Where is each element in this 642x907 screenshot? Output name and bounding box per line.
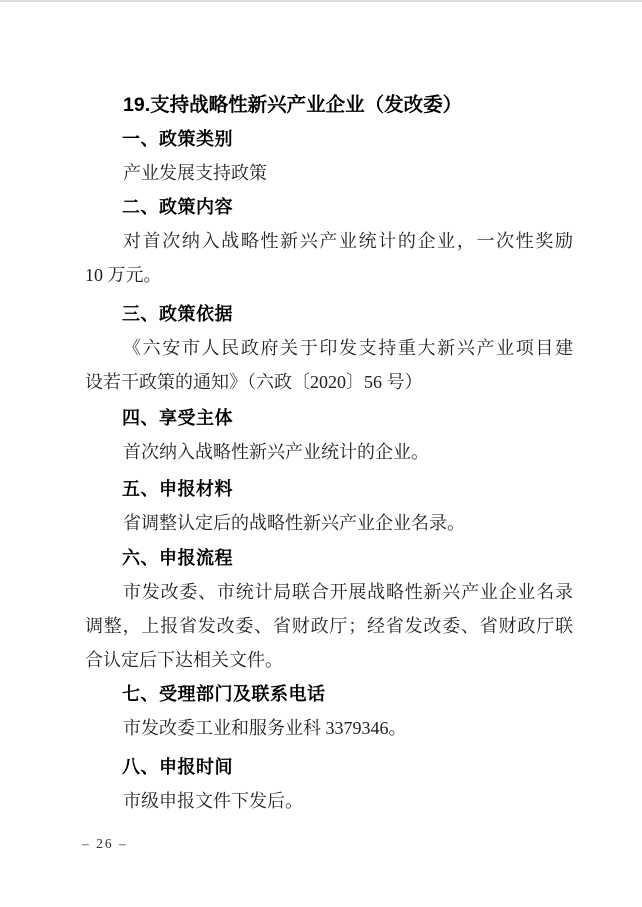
heading-policy-category: 一、政策类别 [85, 122, 573, 156]
body-line-application-time: 市级申报文件下发后。 [85, 784, 573, 818]
body-line-policy-content-2: 10 万元。 [85, 258, 573, 292]
heading-application-process: 六、申报流程 [85, 541, 573, 575]
body-line-beneficiary: 首次纳入战略性新兴产业统计的企业。 [85, 435, 573, 469]
document-title: 19.支持战略性新兴产业企业（发改委） [85, 88, 573, 122]
body-line-policy-content-1: 对首次纳入战略性新兴产业统计的企业，一次性奖励 [85, 224, 573, 258]
body-line-application-process-2: 调整，上报省发改委、省财政厅；经省发改委、省财政厅联 [85, 609, 573, 643]
document-page: 19.支持战略性新兴产业企业（发改委） 一、政策类别 产业发展支持政策 二、政策… [0, 0, 642, 907]
heading-application-materials: 五、申报材料 [85, 472, 573, 506]
body-line-contact-department: 市发改委工业和服务业科 3379346。 [85, 711, 573, 745]
heading-policy-content: 二、政策内容 [85, 190, 573, 224]
heading-beneficiary: 四、享受主体 [85, 401, 573, 435]
heading-application-time: 八、申报时间 [85, 750, 573, 784]
heading-contact-department: 七、受理部门及联系电话 [85, 677, 573, 711]
heading-policy-basis: 三、政策依据 [85, 297, 573, 331]
page-number: – 26 – [82, 834, 573, 854]
body-line-application-process-1: 市发改委、市统计局联合开展战略性新兴产业企业名录 [85, 575, 573, 609]
body-line-application-process-3: 合认定后下达相关文件。 [85, 643, 573, 677]
body-line-policy-category: 产业发展支持政策 [85, 156, 573, 190]
body-line-policy-basis-2: 设若干政策的通知》（六政〔2020〕56 号） [85, 365, 573, 399]
body-line-application-materials: 省调整认定后的战略性新兴产业企业名录。 [85, 506, 573, 540]
body-line-policy-basis-1: 《六安市人民政府关于印发支持重大新兴产业项目建 [85, 331, 573, 365]
